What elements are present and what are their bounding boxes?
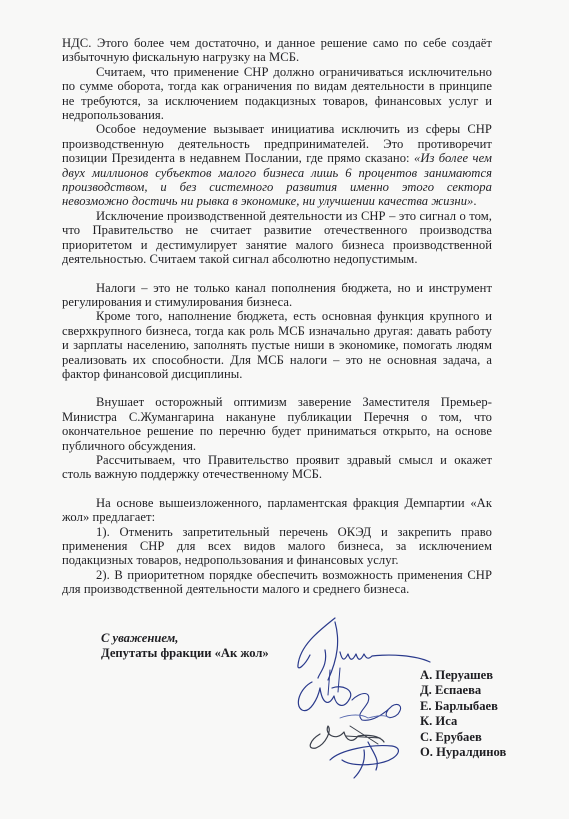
signatory: О. Нуралдинов (420, 745, 506, 760)
signatory: Д. Еспаева (420, 683, 506, 698)
document-body: НДС. Этого более чем достаточно, и данно… (62, 36, 492, 597)
closing-block: С уважением, Депутаты фракции «Ак жол» (101, 631, 269, 661)
closing-regards: С уважением, (101, 631, 269, 646)
paragraph-taxes-instrument: Налоги – это не только канал пополнения … (62, 281, 492, 310)
signatory: А. Перуашев (420, 668, 506, 683)
proposal-item-2: 2). В приоритетном порядке обеспечить во… (62, 568, 492, 597)
signatory: Е. Барлыбаев (420, 699, 506, 714)
paragraph-president-quote: Особое недоумение вызывает инициатива ис… (62, 122, 492, 208)
closing-signed-by: Депутаты фракции «Ак жол» (101, 646, 269, 661)
signatories-list: А. Перуашев Д. Еспаева Е. Барлыбаев К. И… (420, 668, 506, 760)
proposal-item-1: 1). Отменить запретительный перечень ОКЭ… (62, 525, 492, 568)
paragraph-production-exclusion: Исключение производственной деятельности… (62, 209, 492, 267)
signatory: С. Ерубаев (420, 730, 506, 745)
paragraph-text-end: . (473, 194, 476, 208)
paragraph-proposal-intro: На основе вышеизложенного, парламентская… (62, 496, 492, 525)
paragraph-budget-role: Кроме того, наполнение бюджета, есть осн… (62, 309, 492, 381)
paragraph-vat: НДС. Этого более чем достаточно, и данно… (62, 36, 492, 65)
signatory: К. Иса (420, 714, 506, 729)
paragraph-expectation: Рассчитываем, что Правительство проявит … (62, 453, 492, 482)
paragraph-turnover-limit: Считаем, что применение СНР должно огран… (62, 65, 492, 123)
paragraph-deputy-pm: Внушает осторожный оптимизм заверение За… (62, 395, 492, 453)
scanned-document-page: НДС. Этого более чем достаточно, и данно… (0, 0, 569, 819)
